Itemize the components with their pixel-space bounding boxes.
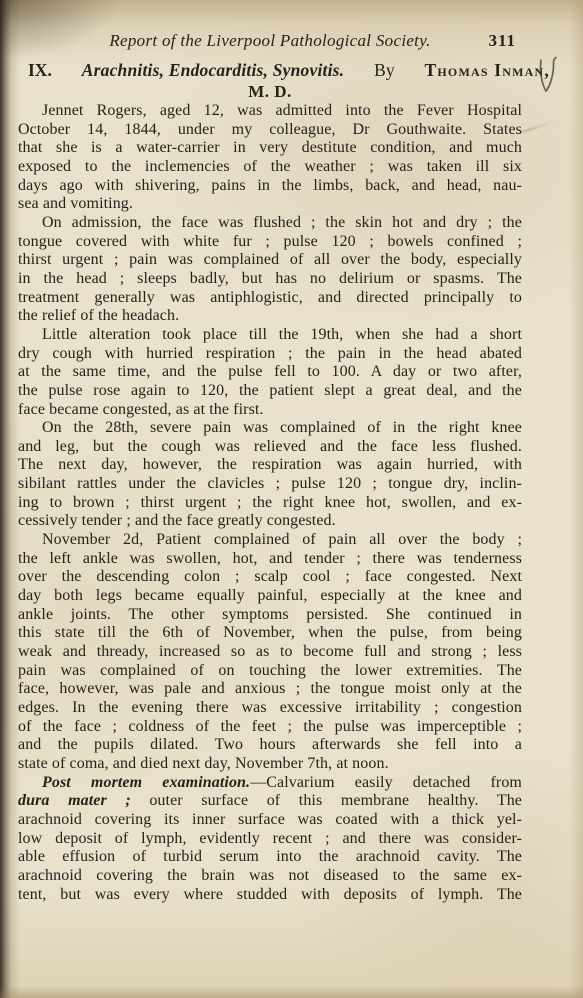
text-line: of the face ; coldness of the feet ; the… (18, 718, 522, 737)
author-degree: M. D. (18, 82, 522, 102)
page-edge-bottom-shade (0, 986, 583, 998)
emphasized-text: Post mortem examination. (42, 774, 250, 791)
page-edge-right-shade (569, 0, 583, 998)
article-number: IX. (28, 60, 52, 81)
paragraph: Little alteration took place till the 19… (18, 326, 522, 419)
article-title: IX. Arachnitis, Endocarditis, Synovitis.… (28, 60, 550, 81)
text-line: dura mater ; outer surface of this membr… (18, 792, 522, 811)
text-line: tent, but was every where studded with d… (18, 886, 522, 905)
text-line: weak and thready, increased so as to bec… (18, 643, 522, 662)
text-line: ing to brown ; thirst urgent ; the right… (18, 494, 522, 513)
text-line: sibilant rattles under the clavicles ; p… (18, 475, 522, 494)
text-line: November 2d, Patient complained of pain … (18, 531, 522, 550)
text-line: the relief of the headach. (18, 307, 522, 326)
byline-prefix: By (374, 60, 394, 81)
text-segment: —Calvarium easily detached from (250, 774, 522, 791)
article-author: Thomas Inman, (425, 60, 551, 81)
text-line: arachnoid covering its inner surface was… (18, 811, 522, 830)
running-header: Report of the Liverpool Pathological Soc… (18, 31, 522, 51)
text-line: the pulse rose again to 120, the patient… (18, 382, 522, 401)
text-segment: outer surface of this membrane healthy. … (131, 792, 522, 809)
text-line: low deposit of lymph, evidently recent ;… (18, 830, 522, 849)
text-line: face, however, was pale and anxious ; th… (18, 680, 522, 699)
handwritten-checkmark-icon (537, 56, 563, 100)
text-line: cessively tender ; and the face greatly … (18, 512, 522, 531)
text-line: and the pupils dilated. Two hours afterw… (18, 736, 522, 755)
text-line: Little alteration took place till the 19… (18, 326, 522, 345)
text-line: this state till the 6th of November, whe… (18, 624, 522, 643)
text-line: tongue covered with white fur ; pulse 12… (18, 233, 522, 252)
article-body: Jennet Rogers, aged 12, was admitted int… (18, 102, 522, 904)
paragraph: November 2d, Patient complained of pain … (18, 531, 522, 774)
text-line: On the 28th, severe pain was complained … (18, 419, 522, 438)
text-line: arachnoid covering the brain was not dis… (18, 867, 522, 886)
page-edge-left-shadow (0, 0, 20, 998)
text-line: sea and vomiting. (18, 195, 522, 214)
text-line: state of coma, and died next day, Novemb… (18, 755, 522, 774)
text-line: able effusion of turbid serum into the a… (18, 848, 522, 867)
page-number: 311 (488, 31, 516, 51)
text-line: October 14, 1844, under my colleague, Dr… (18, 121, 522, 140)
paragraph: On admission, the face was flushed ; the… (18, 214, 522, 326)
text-line: thirst urgent ; pain was complained of a… (18, 251, 522, 270)
text-line: exposed to the inclemencies of the weath… (18, 158, 522, 177)
text-line: pain was complained of on touching the l… (18, 662, 522, 681)
text-line: dry cough with hurried respiration ; the… (18, 345, 522, 364)
text-line: over the descending colon ; scalp cool ;… (18, 568, 522, 587)
page-edge-corner-shadow (0, 0, 120, 60)
text-line: days ago with shivering, pains in the li… (18, 177, 522, 196)
text-line: Jennet Rogers, aged 12, was admitted int… (18, 102, 522, 121)
emphasized-text: dura mater ; (18, 792, 131, 809)
text-line: day both legs became equally painful, es… (18, 587, 522, 606)
text-line: the left ankle was swollen, hot, and ten… (18, 550, 522, 569)
text-line: and leg, but the cough was relieved and … (18, 438, 522, 457)
paragraph: Post mortem examination.—Calvarium easil… (18, 774, 522, 905)
text-line: in the head ; sleeps badly, but has no d… (18, 270, 522, 289)
text-line: On admission, the face was flushed ; the… (18, 214, 522, 233)
text-line: The next day, however, the respiration w… (18, 456, 522, 475)
running-header-title: Report of the Liverpool Pathological Soc… (109, 31, 430, 50)
paragraph: Jennet Rogers, aged 12, was admitted int… (18, 102, 522, 214)
article-title-italic: Arachnitis, Endocarditis, Synovitis. (82, 60, 344, 81)
text-line: treatment generally was antiphlogistic, … (18, 289, 522, 308)
text-line: that she is a water-carrier in very dest… (18, 139, 522, 158)
text-line: edges. In the evening there was excessiv… (18, 699, 522, 718)
text-line: face became congested, as at the first. (18, 401, 522, 420)
text-line: Post mortem examination.—Calvarium easil… (18, 774, 522, 793)
paragraph: On the 28th, severe pain was complained … (18, 419, 522, 531)
scanned-page: Report of the Liverpool Pathological Soc… (0, 0, 583, 998)
text-line: at the same time, and the pulse fell to … (18, 363, 522, 382)
text-line: ankle joints. The other symptoms persist… (18, 606, 522, 625)
